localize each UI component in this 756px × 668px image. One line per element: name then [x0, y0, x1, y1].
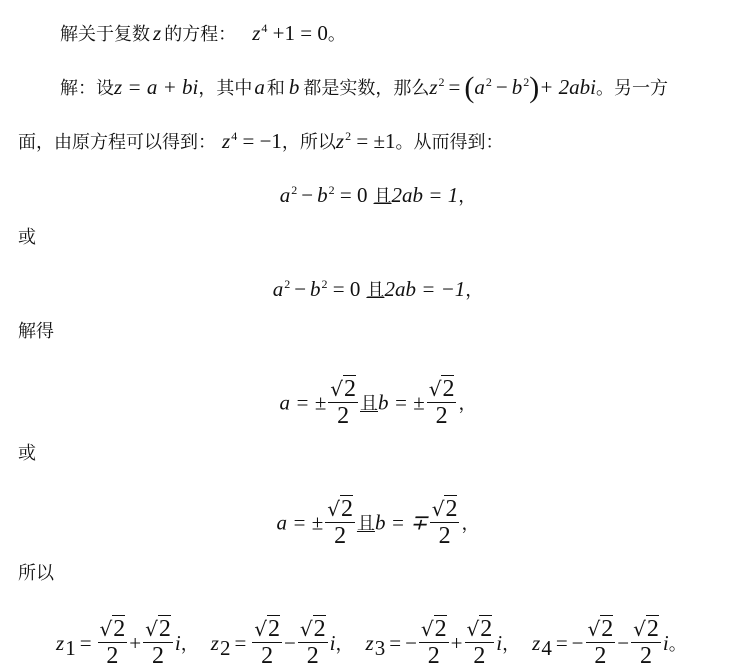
prompt-text: 解关于复数 [60, 24, 150, 45]
sys1-and: 且 [374, 186, 392, 207]
root-name: z [211, 631, 219, 655]
res2-num-b: 2 [444, 495, 457, 522]
root-z3: z3=−√22+√22i， [366, 633, 533, 655]
solution-line-2: 面，由原方程可以得到： z4 = −1，所以z2 = ±1。从而得到： [18, 124, 503, 155]
sqrt-icon: √ [330, 377, 343, 401]
root-num: 2 [313, 615, 326, 642]
root-sub: 1 [65, 636, 76, 660]
z2eq-rhs: = ±1 [356, 129, 395, 153]
sys1-b-exp: 2 [329, 183, 335, 197]
are-real-text: 都是实数，那么 [303, 78, 429, 99]
sys1-end: ， [458, 186, 476, 207]
z4-rhs: = −1 [242, 129, 281, 153]
root-num: 2 [434, 615, 447, 642]
root-sub: 4 [541, 636, 552, 660]
sqrt2-over-2-fraction: √22 [252, 616, 282, 668]
eq-rest: +1 = 0 [273, 21, 328, 45]
sign1: − [572, 631, 584, 655]
equals: = [556, 631, 568, 655]
or-label-1: 或 [18, 226, 36, 250]
or-label-2: 或 [18, 442, 36, 466]
z2-base: z [429, 75, 437, 99]
root-end: 。 [669, 634, 687, 655]
solution-label: 解： [60, 78, 96, 99]
z-definition: z = a + bi [114, 75, 198, 99]
sign1: − [405, 631, 417, 655]
sqrt-icon: √ [145, 617, 158, 641]
res1-num: 2 [343, 375, 356, 402]
res2-a-label: a = ± [277, 511, 324, 535]
z2-plus: + 2abi [539, 75, 596, 99]
res2-den-b: 2 [430, 523, 460, 549]
root-num: 2 [267, 615, 280, 642]
res2-and: 且 [357, 514, 375, 535]
sys1-a-exp: 2 [291, 183, 297, 197]
therefore-text: 。从而得到： [395, 132, 503, 153]
root-num: 2 [158, 615, 171, 642]
var-a: a [254, 75, 265, 99]
sqrt2-over-2-fraction: √22 [631, 616, 661, 668]
sys2-end: ， [465, 280, 483, 301]
sign2: − [284, 631, 296, 655]
sign2: + [129, 631, 141, 655]
sign2: + [451, 631, 463, 655]
and-text: 和 [267, 78, 285, 99]
sys2-a: a [273, 277, 284, 301]
solve-label: 解得 [18, 320, 54, 344]
sys2-b: b [310, 277, 321, 301]
eq-end: 。 [328, 24, 346, 45]
res1-b-label: b = ± [378, 391, 425, 415]
root-end: ， [502, 634, 520, 655]
root-den: 2 [143, 643, 173, 668]
root-sub: 2 [220, 636, 231, 660]
sqrt2-over-2-fraction: √22 [465, 616, 495, 668]
eq-exp: 4 [261, 21, 267, 35]
res1-den: 2 [328, 403, 358, 429]
intro-text: 设 [96, 78, 114, 99]
root-name: z [532, 631, 540, 655]
z4-exp: 4 [231, 129, 237, 143]
z4-equation: z4 = −1 [222, 129, 282, 153]
sys2-minus: − [294, 277, 306, 301]
sys1-b: b [317, 183, 328, 207]
z2-equation: z2 = ±1 [336, 129, 396, 153]
root-sub: 3 [375, 636, 386, 660]
z2-a-exp: 2 [486, 75, 492, 89]
root-den: 2 [298, 643, 328, 668]
paren-open: ( [464, 71, 474, 104]
z2eq-exp: 2 [345, 129, 351, 143]
line2-text: 面，由原方程可以得到： [18, 132, 216, 153]
root-name: z [56, 631, 64, 655]
res2-b-label: b = ∓ [375, 511, 428, 535]
hence-label: 所以 [18, 562, 54, 586]
root-name: z [366, 631, 374, 655]
res1-and: 且 [360, 394, 378, 415]
sqrt-icon: √ [432, 497, 445, 521]
z4-base: z [222, 129, 230, 153]
sqrt-icon: √ [467, 617, 480, 641]
res2-den: 2 [325, 523, 355, 549]
sqrt2-over-2-fraction: √22 [143, 616, 173, 668]
so-text: ，所以 [282, 132, 336, 153]
root-z2: z2=√22−√22i， [211, 633, 366, 655]
sqrt-icon: √ [421, 617, 434, 641]
sys1-mid: = 0 [340, 183, 368, 207]
z2-minus: − [496, 75, 508, 99]
z2-b: b [512, 75, 523, 99]
res2-num: 2 [340, 495, 353, 522]
sys1-a: a [280, 183, 291, 207]
res1-den-b: 2 [427, 403, 457, 429]
res1-a-label: a = ± [280, 391, 327, 415]
sqrt-icon: √ [429, 377, 442, 401]
var-b: b [289, 75, 300, 99]
solution-line-1: 解：设z = a + bi，其中a和b都是实数，那么z2=(a2−b2)+ 2a… [60, 70, 668, 101]
sys2-and: 且 [366, 280, 384, 301]
root-num: 2 [600, 615, 613, 642]
equals: = [389, 631, 401, 655]
sys1-rhs: 2ab = 1 [392, 183, 459, 207]
z2-a: a [474, 75, 485, 99]
sqrt-icon: √ [588, 617, 601, 641]
sqrt2-over-2-fraction: √22 [328, 376, 358, 429]
sys2-b-exp: 2 [322, 277, 328, 291]
sqrt-icon: √ [300, 617, 313, 641]
where-text: ，其中 [198, 78, 252, 99]
equals: = [80, 631, 92, 655]
root-z4: z4=−√22−√22i。 [532, 633, 687, 655]
var-z: z [153, 21, 161, 45]
sqrt2-over-2-fraction: √22 [98, 616, 128, 668]
problem-statement: 解关于复数z的方程： z4 +1 = 0。 [60, 16, 346, 47]
paren-close: ) [529, 71, 539, 104]
sys1-minus: − [301, 183, 313, 207]
root-end: ， [335, 634, 353, 655]
z2-exp: 2 [439, 75, 445, 89]
root-end: ， [181, 634, 199, 655]
sqrt2-over-2-fraction: √22 [427, 376, 457, 429]
sys2-a-exp: 2 [284, 277, 290, 291]
res2-end: ， [461, 514, 479, 535]
root-den: 2 [586, 643, 616, 668]
root-num: 2 [646, 615, 659, 642]
z2eq-base: z [336, 129, 344, 153]
sqrt2-over-2-fraction: √22 [430, 496, 460, 549]
equals: = [234, 631, 246, 655]
root-den: 2 [465, 643, 495, 668]
root-den: 2 [419, 643, 449, 668]
sqrt-icon: √ [633, 617, 646, 641]
eq-base: z [252, 21, 260, 45]
equation: z4 +1 = 0 [252, 21, 328, 45]
z2-eq: = [449, 75, 461, 99]
system-1: a2−b2 = 0 且2ab = 1， [0, 178, 756, 209]
sys2-mid: = 0 [333, 277, 361, 301]
roots-line: z1=√22+√22i， z2=√22−√22i， z3=−√22+√22i， … [56, 618, 687, 668]
sqrt-icon: √ [327, 497, 340, 521]
sqrt-icon: √ [100, 617, 113, 641]
sys2-rhs: 2ab = −1 [384, 277, 465, 301]
sqrt-icon: √ [254, 617, 267, 641]
prompt-tail: 的方程： [164, 24, 236, 45]
imag-unit: i [175, 631, 181, 655]
z-squared-expansion: z2=(a2−b2)+ 2abi [429, 75, 596, 99]
sqrt2-over-2-fraction: √22 [325, 496, 355, 549]
result-2: a = ±√22且b = ∓√22， [0, 498, 756, 558]
root-den: 2 [98, 643, 128, 668]
root-num: 2 [112, 615, 125, 642]
sqrt2-over-2-fraction: √22 [419, 616, 449, 668]
sqrt2-over-2-fraction: √22 [298, 616, 328, 668]
tail-text: 。另一方 [596, 78, 668, 99]
sign2: − [617, 631, 629, 655]
root-den: 2 [631, 643, 661, 668]
root-num: 2 [479, 615, 492, 642]
sqrt2-over-2-fraction: √22 [586, 616, 616, 668]
res1-num-b: 2 [441, 375, 454, 402]
result-1: a = ±√22且b = ±√22， [0, 378, 756, 438]
res1-end: ， [458, 394, 476, 415]
system-2: a2−b2 = 0 且2ab = −1， [0, 272, 756, 303]
root-den: 2 [252, 643, 282, 668]
root-z1: z1=√22+√22i， [56, 633, 211, 655]
